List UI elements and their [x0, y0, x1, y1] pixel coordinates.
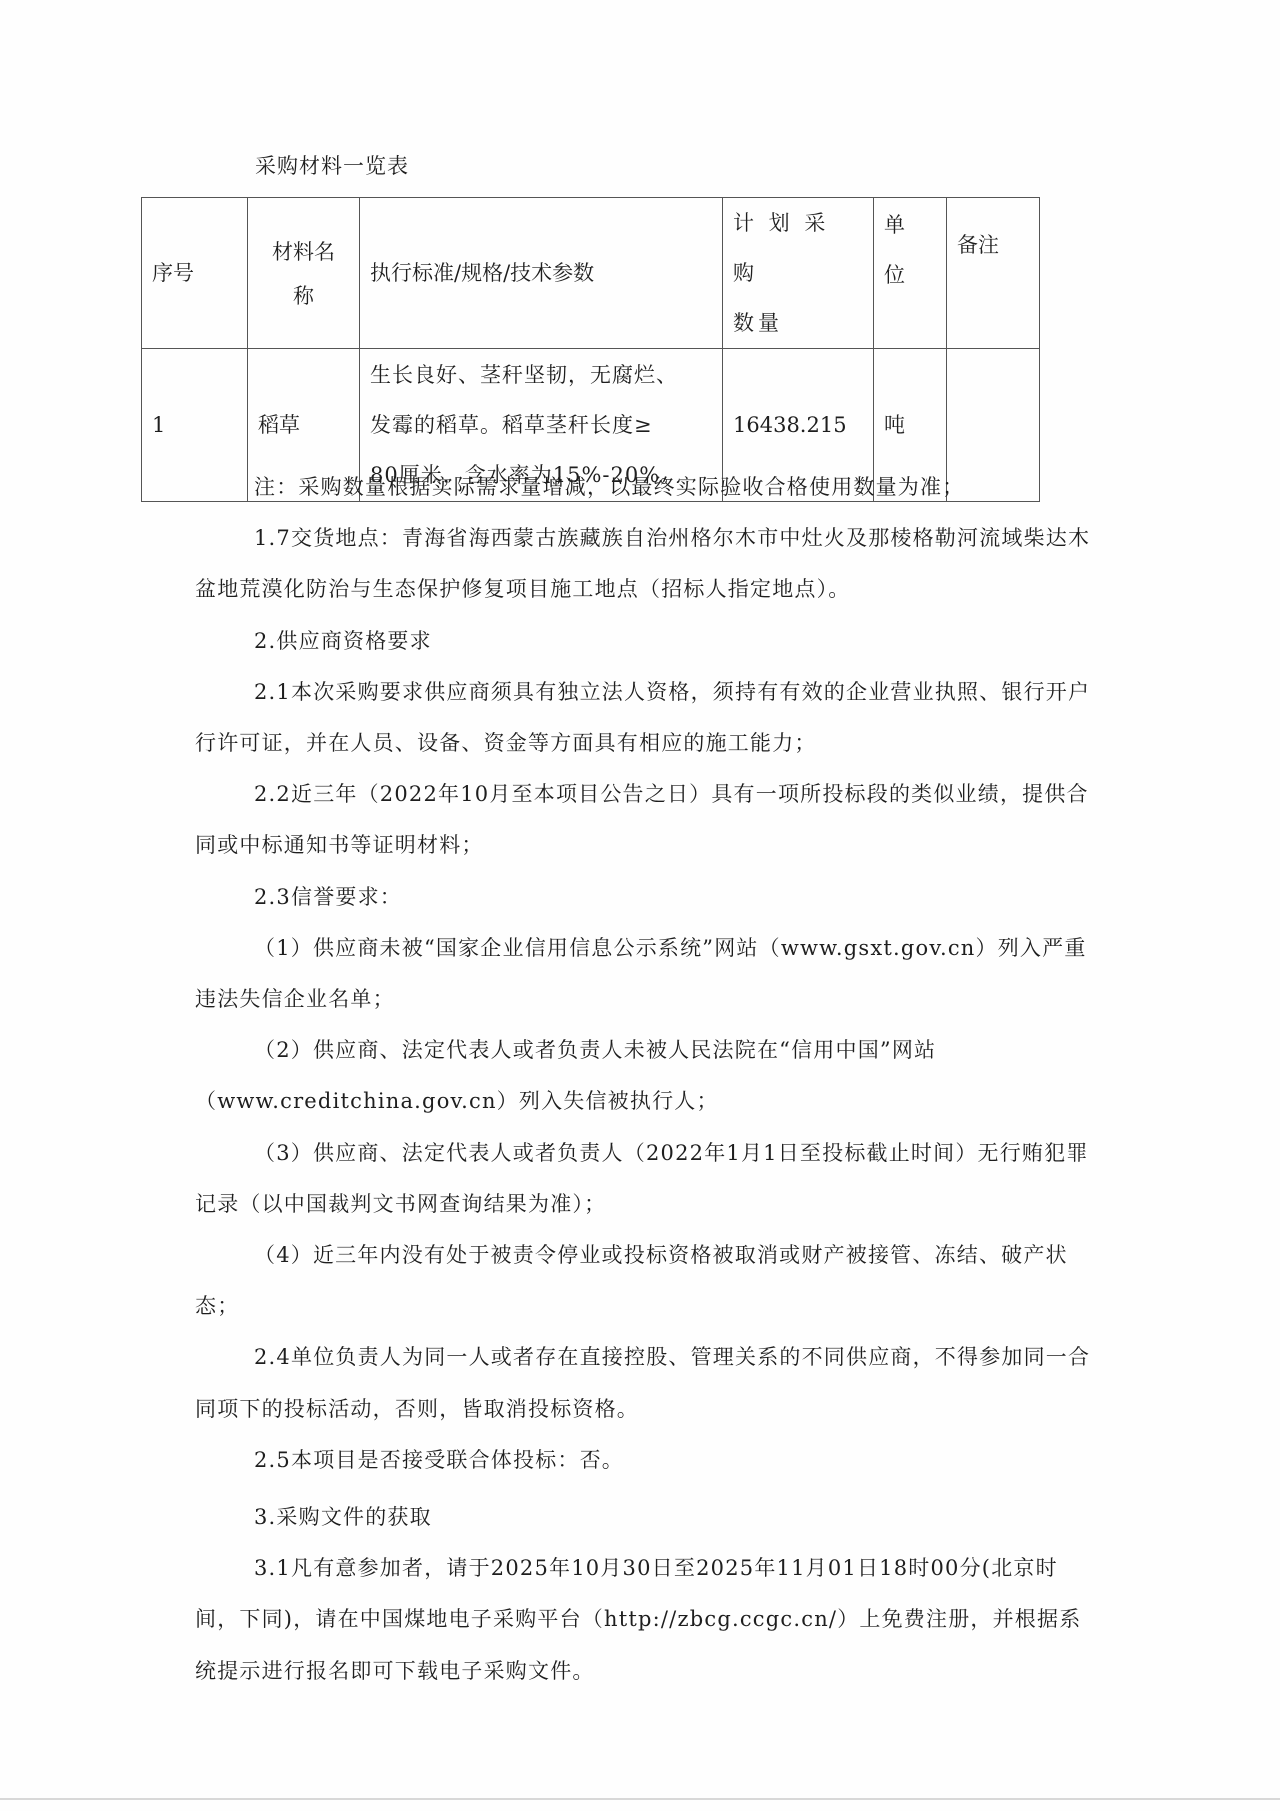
header-planned-qty: 计 划 采 购 数量: [723, 198, 874, 349]
paragraph-3-1: 3.1凡有意参加者，请于2025年10月30日至2025年11月01日18时00…: [195, 1543, 1095, 1697]
credit-item-3: （3）供应商、法定代表人或者负责人（2022年1月1日至投标截止时间）无行贿犯罪…: [195, 1128, 1095, 1230]
materials-table: 序号 材料名 称 执行标准/规格/技术参数 计 划 采 购 数量 单 位 备注 …: [141, 197, 1040, 502]
paragraph-2-3: 2.3信誉要求：: [195, 872, 1095, 923]
credit-item-1: （1）供应商未被“国家企业信用信息公示系统”网站（www.gsxt.gov.cn…: [195, 923, 1095, 1025]
header-remark: 备注: [947, 198, 1040, 349]
header-material-name: 材料名 称: [248, 198, 360, 349]
table-caption: 采购材料一览表: [255, 152, 409, 180]
paragraph-2-5: 2.5本项目是否接受联合体投标：否。: [195, 1435, 1095, 1486]
header-unit-line1: 单: [884, 213, 905, 237]
note-paragraph: 注：采购数量根据实际需求量增减，以最终实际验收合格使用数量为准；: [195, 462, 1095, 513]
page-bottom-edge: [0, 1798, 1280, 1800]
header-unit: 单 位: [874, 198, 947, 349]
header-unit-line2: 位: [884, 263, 905, 287]
cell-spec-line1: 生长良好、茎秆坚韧，无腐烂、: [370, 363, 678, 387]
table-header-row: 序号 材料名 称 执行标准/规格/技术参数 计 划 采 购 数量 单 位 备注: [142, 198, 1040, 349]
header-spec: 执行标准/规格/技术参数: [360, 198, 723, 349]
section-2-heading: 2.供应商资格要求: [195, 616, 1095, 667]
paragraph-2-4: 2.4单位负责人为同一人或者存在直接控股、管理关系的不同供应商，不得参加同一合同…: [195, 1332, 1095, 1434]
section-3-heading: 3.采购文件的获取: [195, 1492, 1095, 1543]
header-planned-qty-line2: 数量: [733, 311, 783, 335]
paragraph-2-2: 2.2近三年（2022年10月至本项目公告之日）具有一项所投标段的类似业绩，提供…: [195, 769, 1095, 871]
paragraph-2-1: 2.1本次采购要求供应商须具有独立法人资格，须持有有效的企业营业执照、银行开户行…: [195, 667, 1095, 769]
delivery-location-paragraph: 1.7交货地点：青海省海西蒙古族藏族自治州格尔木市中灶火及那棱格勒河流域柴达木盆…: [195, 513, 1095, 615]
body-text: 注：采购数量根据实际需求量增减，以最终实际验收合格使用数量为准； 1.7交货地点…: [195, 462, 1095, 1697]
header-seq: 序号: [142, 198, 248, 349]
credit-item-2: （2）供应商、法定代表人或者负责人未被人民法院在“信用中国”网站（www.cre…: [195, 1025, 1095, 1127]
header-material-name-line2: 称: [293, 284, 314, 308]
header-material-name-line1: 材料名: [272, 240, 335, 264]
cell-spec-line2: 发霉的稻草。稻草茎秆长度≥: [370, 413, 653, 437]
credit-item-4: （4）近三年内没有处于被责令停业或投标资格被取消或财产被接管、冻结、破产状态；: [195, 1230, 1095, 1332]
header-planned-qty-line1: 计 划 采 购: [733, 211, 829, 285]
document-page: 采购材料一览表 序号 材料名 称 执行标准/规格/技术参数 计 划 采 购 数量…: [0, 0, 1280, 1811]
